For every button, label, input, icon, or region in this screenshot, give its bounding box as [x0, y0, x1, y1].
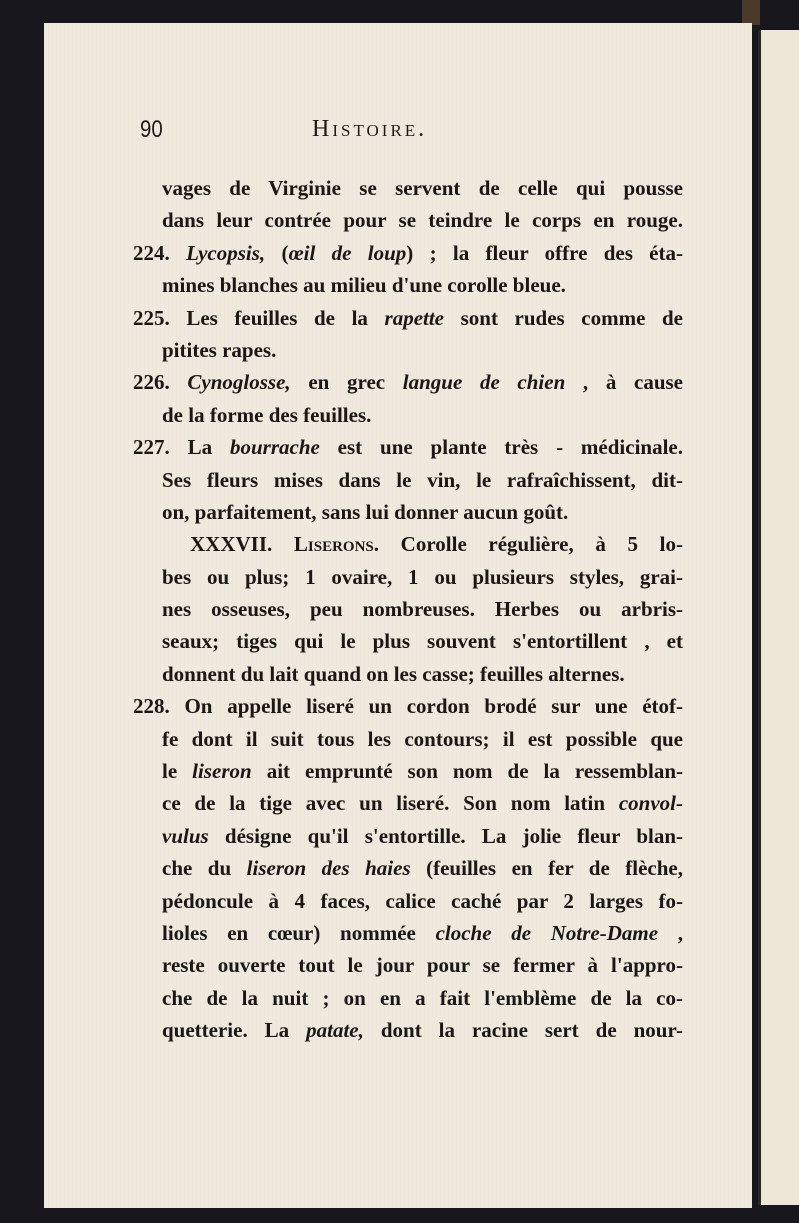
text-run: on, parfaitement, sans lui donner aucun … — [162, 500, 568, 524]
paragraph: 224. Lycopsis, (œil de loup) ; la fleur … — [133, 237, 683, 302]
text-line: donnent du lait quand on les casse; feui… — [133, 658, 683, 690]
italic-term: rapette — [385, 306, 444, 330]
text-run: Corolle régulière, à 5 lo- — [379, 532, 683, 556]
text-line: vulus désigne qu'il s'entortille. La jol… — [133, 820, 683, 852]
text-line: che du liseron des haies (feuilles en fe… — [133, 852, 683, 884]
text-run: nes osseuses, peu nombreuses. Herbes ou … — [162, 597, 683, 621]
text-line: lioles en cœur) nommée cloche de Notre-D… — [133, 917, 683, 949]
text-line: pitites rapes. — [133, 334, 683, 366]
text-run: dans leur contrée pour se teindre le cor… — [162, 208, 683, 232]
text-run: quetterie. La — [162, 1018, 306, 1042]
text-line: vages de Virginie se servent de celle qu… — [133, 172, 683, 204]
text-run: dont la racine sert de nour- — [364, 1018, 683, 1042]
text-run: ( — [265, 241, 288, 265]
page-header: 90 Histoire. — [140, 116, 680, 148]
text-run: en grec — [291, 370, 403, 394]
text-run: est une plante très - médicinale. — [320, 435, 683, 459]
text-line: pédoncule à 4 faces, calice caché par 2 … — [133, 885, 683, 917]
italic-term: patate, — [306, 1018, 364, 1042]
text-run: ait emprunté son nom de la ressemblan- — [252, 759, 683, 783]
adjacent-page-edge — [758, 30, 799, 1205]
italic-term: vulus — [162, 824, 209, 848]
text-run: pitites rapes. — [162, 338, 276, 362]
text-run: désigne qu'il s'entortille. La jolie fle… — [209, 824, 683, 848]
italic-term: cloche de Notre-Dame — [436, 921, 659, 945]
running-title: Histoire. — [312, 116, 427, 143]
text-run: bes ou plus; 1 ovaire, 1 ou plusieurs st… — [162, 565, 683, 589]
text-run: , — [658, 921, 683, 945]
text-run: vages de Virginie se servent de celle qu… — [162, 176, 683, 200]
text-line: Ses fleurs mises dans le vin, le rafraîc… — [133, 464, 683, 496]
text-line: seaux; tiges qui le plus souvent s'entor… — [133, 625, 683, 657]
text-run: le — [162, 759, 192, 783]
section-heading: Liserons. — [294, 532, 379, 556]
text-run: (feuilles en fer de flèche, — [411, 856, 683, 880]
italic-term: Cynoglosse, — [187, 370, 290, 394]
text-line: che de la nuit ; on en a fait l'emblème … — [133, 982, 683, 1014]
paragraph: 228. On appelle liseré un cordon brodé s… — [133, 690, 683, 1046]
paragraph: 225. Les feuilles de la rapette sont rud… — [133, 302, 683, 367]
text-line: bes ou plus; 1 ovaire, 1 ou plusieurs st… — [133, 561, 683, 593]
text-line: nes osseuses, peu nombreuses. Herbes ou … — [133, 593, 683, 625]
text-line: mines blanches au milieu d'une corolle b… — [133, 269, 683, 301]
italic-term: Lycopsis, — [186, 241, 265, 265]
paragraph: 226. Cynoglosse, en grec langue de chien… — [133, 366, 683, 431]
text-line: 224. Lycopsis, (œil de loup) ; la fleur … — [133, 237, 683, 269]
text-run: che du — [162, 856, 247, 880]
text-run: 227. La — [133, 435, 230, 459]
text-run: , à cause — [565, 370, 683, 394]
text-run: 224. — [133, 241, 186, 265]
text-run: seaux; tiges qui le plus souvent s'entor… — [162, 629, 683, 653]
text-run: mines blanches au milieu d'une corolle b… — [162, 273, 566, 297]
text-run: donnent du lait quand on les casse; feui… — [162, 662, 625, 686]
text-run: XXXVII. — [190, 532, 294, 556]
text-line: 226. Cynoglosse, en grec langue de chien… — [133, 366, 683, 398]
page-number: 90 — [140, 116, 163, 144]
text-line: 227. La bourrache est une plante très - … — [133, 431, 683, 463]
text-line: on, parfaitement, sans lui donner aucun … — [133, 496, 683, 528]
text-line: fe dont il suit tous les contours; il es… — [133, 723, 683, 755]
text-line: ce de la tige avec un liseré. Son nom la… — [133, 787, 683, 819]
paragraph: 227. La bourrache est une plante très - … — [133, 431, 683, 528]
text-line: 225. Les feuilles de la rapette sont rud… — [133, 302, 683, 334]
text-run: lioles en cœur) nommée — [162, 921, 436, 945]
italic-term: bourrache — [230, 435, 320, 459]
text-run: che de la nuit ; on en a fait l'emblème … — [162, 986, 683, 1010]
text-run: Ses fleurs mises dans le vin, le rafraîc… — [162, 468, 683, 492]
text-run: reste ouverte tout le jour pour se ferme… — [162, 953, 683, 977]
text-line: de la forme des feuilles. — [133, 399, 683, 431]
text-line: XXXVII. Liserons. Corolle régulière, à 5… — [133, 528, 683, 560]
italic-term: convol- — [619, 791, 683, 815]
italic-term: œil de loup — [289, 241, 407, 265]
text-run: sont rudes comme de — [444, 306, 683, 330]
text-line: le liseron ait emprunté son nom de la re… — [133, 755, 683, 787]
text-run: 225. Les feuilles de la — [133, 306, 385, 330]
italic-term: langue de chien — [403, 370, 566, 394]
text-run: ) ; la fleur offre des éta- — [406, 241, 683, 265]
scan-edge-artifact — [742, 0, 760, 25]
text-line: dans leur contrée pour se teindre le cor… — [133, 204, 683, 236]
text-run: pédoncule à 4 faces, calice caché par 2 … — [162, 889, 683, 913]
text-run: ce de la tige avec un liseré. Son nom la… — [162, 791, 619, 815]
text-run: de la forme des feuilles. — [162, 403, 371, 427]
paragraph: XXXVII. Liserons. Corolle régulière, à 5… — [133, 528, 683, 690]
text-run: fe dont il suit tous les contours; il es… — [162, 727, 683, 751]
paragraph: vages de Virginie se servent de celle qu… — [133, 172, 683, 237]
page-body-text: vages de Virginie se servent de celle qu… — [133, 172, 683, 1047]
text-line: 228. On appelle liseré un cordon brodé s… — [133, 690, 683, 722]
italic-term: liseron — [192, 759, 252, 783]
text-line: quetterie. La patate, dont la racine ser… — [133, 1014, 683, 1046]
text-run: 226. — [133, 370, 187, 394]
text-run: 228. On appelle liseré un cordon brodé s… — [133, 694, 683, 718]
text-line: reste ouverte tout le jour pour se ferme… — [133, 949, 683, 981]
italic-term: liseron des haies — [247, 856, 411, 880]
